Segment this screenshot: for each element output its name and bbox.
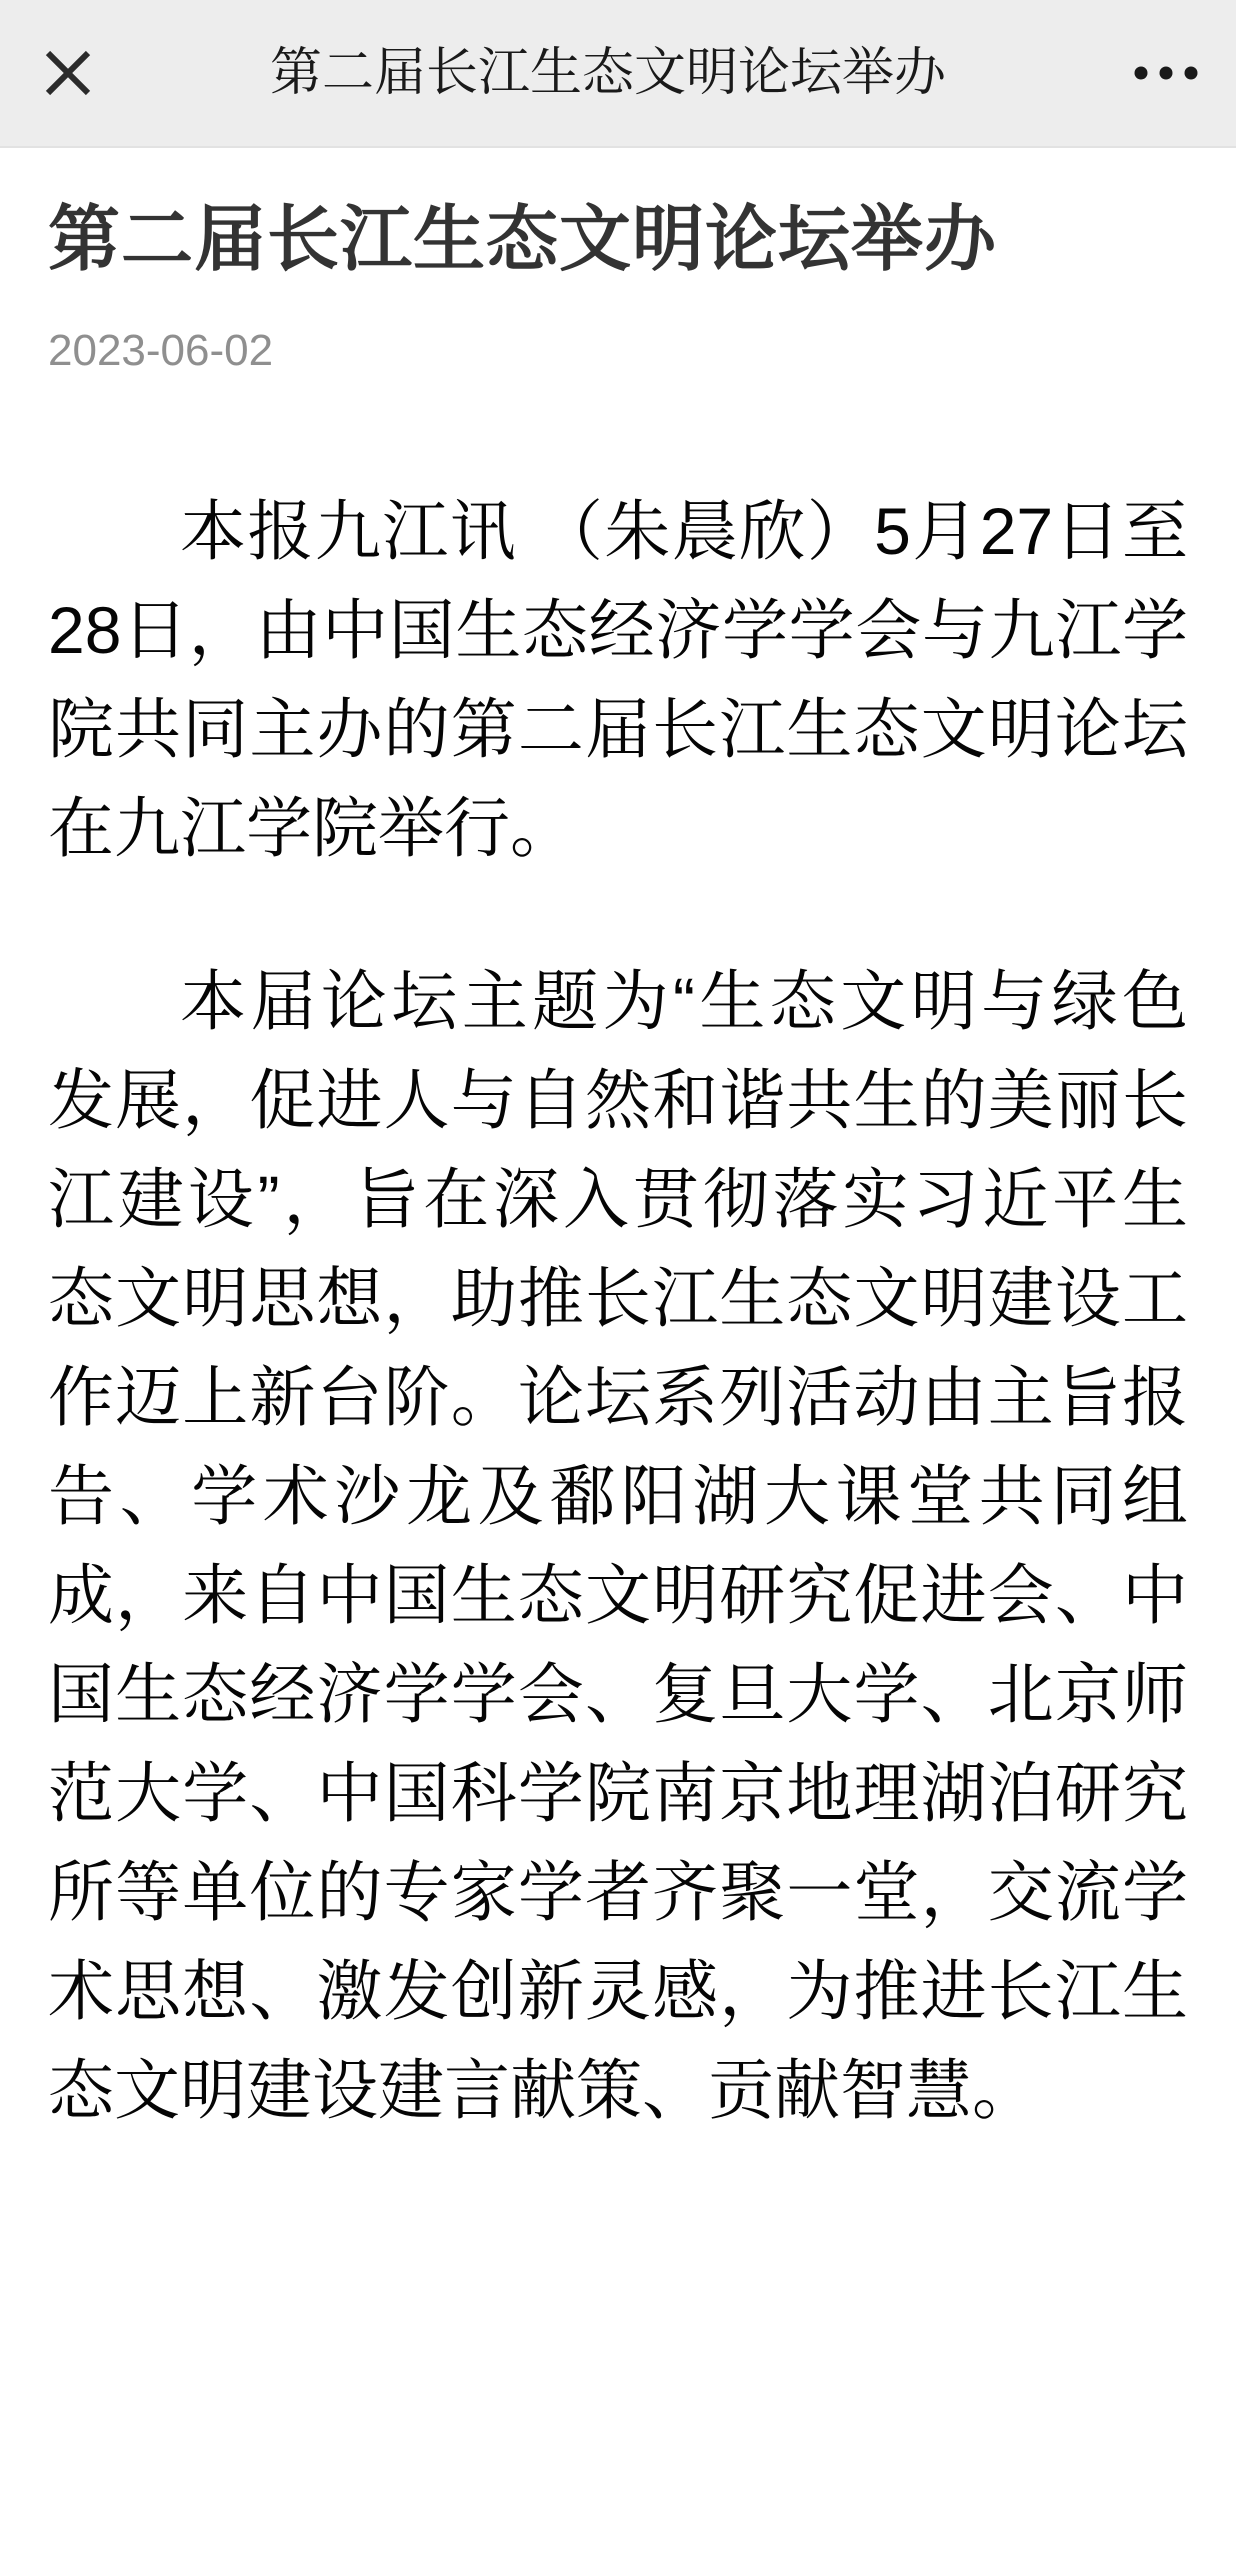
article: 第二届长江生态文明论坛举办 2023-06-02 本报九江讯 （朱晨欣）5月27… xyxy=(0,200,1236,2140)
close-icon xyxy=(45,50,91,96)
article-paragraph: 本届论坛主题为“生态文明与绿色发展，促进人与自然和谐共生的美丽长江建设”，旨在深… xyxy=(48,952,1188,2140)
article-paragraph: 本报九江讯 （朱晨欣）5月27日至28日，由中国生态经济学学会与九江学院共同主办… xyxy=(48,482,1188,878)
close-button[interactable] xyxy=(38,43,98,103)
ellipsis-icon xyxy=(1134,65,1198,81)
header-title: 第二届长江生态文明论坛举办 xyxy=(98,43,1118,103)
article-date: 2023-06-02 xyxy=(48,328,1188,374)
more-button[interactable] xyxy=(1118,43,1198,103)
titlebar: 第二届长江生态文明论坛举办 xyxy=(0,0,1236,148)
article-title: 第二届长江生态文明论坛举办 xyxy=(48,200,1188,280)
